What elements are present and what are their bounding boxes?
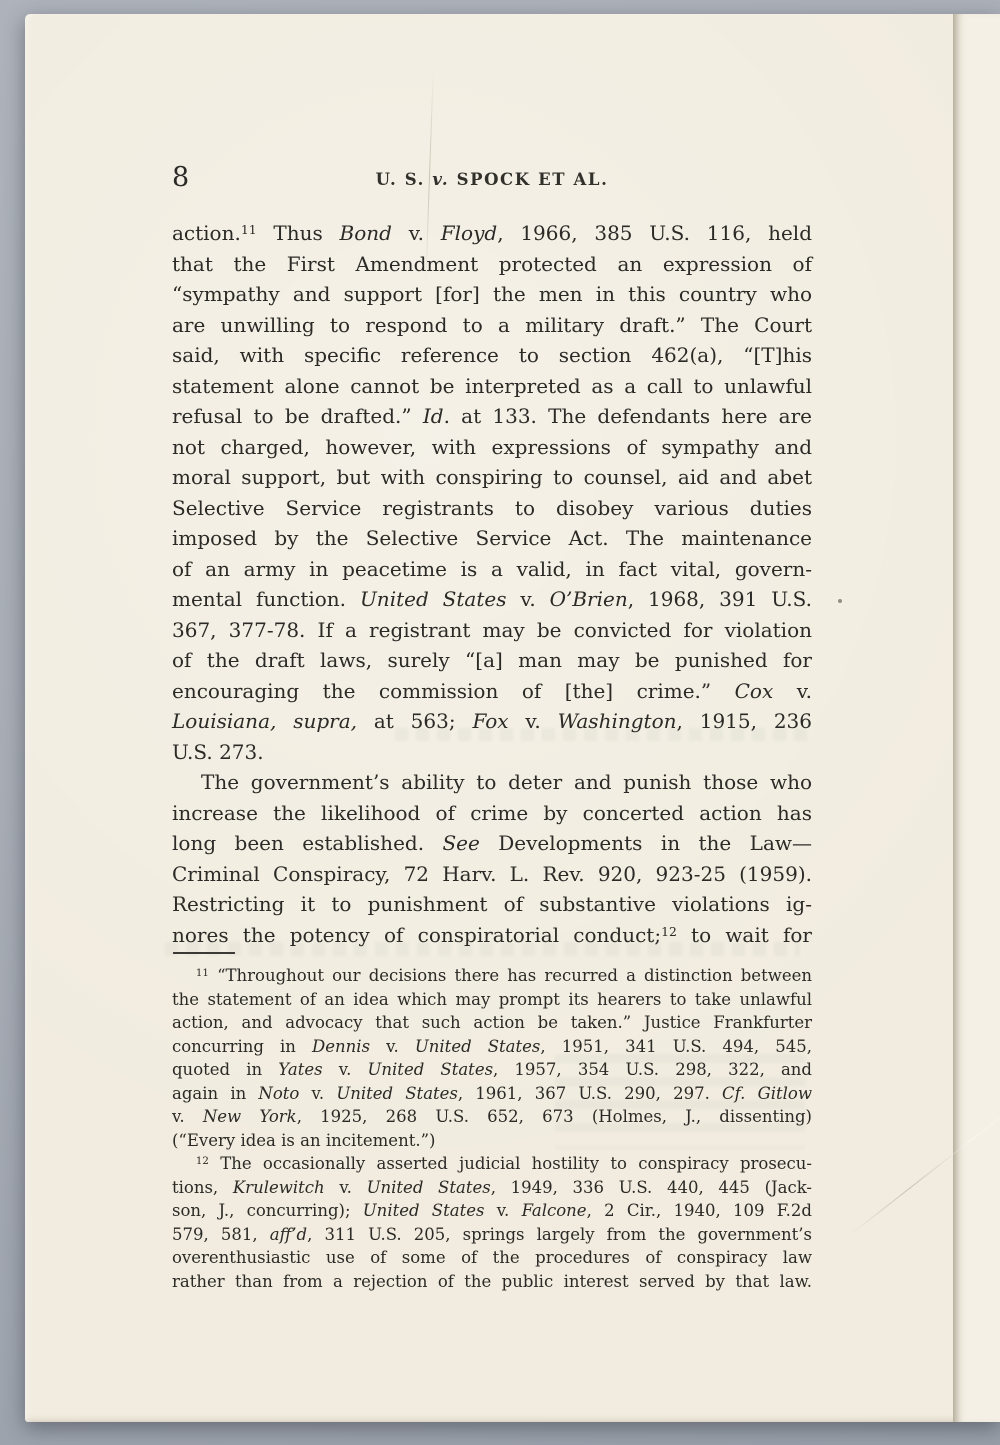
text-segment: , 1968, 391 U.S. — [628, 587, 812, 611]
text-segment: The occasionally asserted judicial hosti… — [209, 1154, 812, 1173]
text-segment: v. — [484, 1201, 521, 1220]
text-segment: increase the likelihood of crime by conc… — [172, 801, 812, 825]
text-line: (“Every idea is an incitement.”) — [172, 1129, 812, 1153]
text-segment: nores the potency of conspiratorial cond… — [172, 923, 661, 947]
paragraph: action.11 Thus Bond v. Floyd, 1966, 385 … — [172, 218, 812, 767]
text-line: action, and advocacy that such action be… — [172, 1011, 812, 1035]
text-segment: son, J., concurring); — [172, 1201, 363, 1220]
text-segment: O’Brien — [550, 587, 628, 611]
text-segment: U.S. 273. — [172, 740, 264, 764]
text-segment: United States — [367, 1178, 491, 1197]
ink-speck — [838, 599, 842, 603]
text-line: Criminal Conspiracy, 72 Harv. L. Rev. 92… — [172, 859, 812, 890]
text-segment: Louisiana, supra, — [172, 709, 357, 733]
text-segment: “sympathy and support [for] the men in t… — [172, 282, 812, 306]
text-segment: United States — [360, 587, 507, 611]
text-line: concurring in Dennis v. United States, 1… — [172, 1035, 812, 1059]
text-segment: , 2 Cir., 1940, 109 F.2d — [587, 1201, 812, 1220]
text-segment: SPOCK ET AL. — [449, 170, 608, 189]
text-line: “sympathy and support [for] the men in t… — [172, 279, 812, 310]
text-segment: , 1951, 341 U.S. 494, 545, — [540, 1037, 812, 1056]
text-segment: the statement of an idea which may promp… — [172, 990, 812, 1009]
page-header: 8 U. S. v. SPOCK ET AL. — [172, 162, 812, 204]
text-segment: Developments in the Law— — [480, 831, 812, 855]
text-segment: rather than from a rejection of the publ… — [172, 1272, 812, 1291]
text-segment: are unwilling to respond to a military d… — [172, 313, 812, 337]
text-segment: of an army in peacetime is a valid, in f… — [172, 557, 812, 581]
text-segment: Criminal Conspiracy, 72 Harv. L. Rev. 92… — [172, 862, 812, 886]
text-segment: Floyd — [441, 221, 497, 245]
text-segment: (“Every idea is an incitement.”) — [172, 1131, 435, 1150]
text-segment: that the First Amendment protected an ex… — [172, 252, 812, 276]
text-segment: United States — [336, 1084, 458, 1103]
text-line: tions, Krulewitch v. United States, 1949… — [172, 1176, 812, 1200]
text-segment: See — [442, 831, 479, 855]
text-line: mental function. United States v. O’Brie… — [172, 584, 812, 615]
text-line: The government’s ability to deter and pu… — [172, 767, 812, 798]
text-segment: Bond — [340, 221, 392, 245]
text-line: that the First Amendment protected an ex… — [172, 249, 812, 280]
text-segment: Falcone — [522, 1201, 587, 1220]
text-segment: United States — [415, 1037, 541, 1056]
footnote-marker: 12 — [196, 1156, 209, 1167]
text-segment: again in — [172, 1084, 258, 1103]
footnote-11: 11 “Throughout our decisions there has r… — [172, 964, 812, 1152]
text-segment: Selective Service registrants to disobey… — [172, 496, 812, 520]
text-segment: , 311 U.S. 205, springs largely from the… — [307, 1225, 812, 1244]
text-segment: not charged, however, with expressions o… — [172, 435, 812, 459]
footnote-marker: 11 — [241, 222, 257, 237]
footnote-12: 12 The occasionally asserted judicial ho… — [172, 1152, 812, 1293]
text-segment: , 1925, 268 U.S. 652, 673 (Holmes, J., d… — [297, 1107, 812, 1126]
text-line: v. New York, 1925, 268 U.S. 652, 673 (Ho… — [172, 1105, 812, 1129]
text-segment: long been established. — [172, 831, 442, 855]
text-segment: Restricting it to punishment of substant… — [172, 892, 812, 916]
running-header: U. S. v. SPOCK ET AL. — [172, 170, 812, 189]
text-segment: , 1966, 385 U.S. 116, held — [497, 221, 812, 245]
text-segment: imposed by the Selective Service Act. Th… — [172, 526, 812, 550]
text-segment: United States — [363, 1201, 485, 1220]
text-segment: refusal to be drafted.” — [172, 404, 423, 428]
text-segment: v. — [773, 679, 812, 703]
text-segment: v. — [509, 709, 558, 733]
text-line: Louisiana, supra, at 563; Fox v. Washing… — [172, 706, 812, 737]
text-segment: v. — [432, 170, 449, 189]
footnotes: 11 “Throughout our decisions there has r… — [172, 964, 812, 1293]
text-segment: 579, 581, — [172, 1225, 270, 1244]
text-line: long been established. See Developments … — [172, 828, 812, 859]
text-line: 11 “Throughout our decisions there has r… — [172, 964, 812, 988]
text-segment: Cox — [735, 679, 774, 703]
text-segment: statement alone cannot be interpreted as… — [172, 374, 812, 398]
text-segment: v. — [323, 1060, 368, 1079]
text-segment: New York — [203, 1107, 297, 1126]
text-segment: action. — [172, 221, 241, 245]
text-segment: 367, 377-78. If a registrant may be conv… — [172, 618, 812, 642]
text-line: 579, 581, aff’d, 311 U.S. 205, springs l… — [172, 1223, 812, 1247]
text-segment: v. — [172, 1107, 203, 1126]
text-line: rather than from a rejection of the publ… — [172, 1270, 812, 1294]
text-segment: v. — [325, 1178, 367, 1197]
text-segment: v. — [392, 221, 441, 245]
text-line: quoted in Yates v. United States, 1957, … — [172, 1058, 812, 1082]
text-segment: overenthusiastic use of some of the proc… — [172, 1248, 812, 1267]
text-segment: mental function. — [172, 587, 360, 611]
text-segment: Washington — [558, 709, 677, 733]
text-line: Selective Service registrants to disobey… — [172, 493, 812, 524]
text-line: refusal to be drafted.” Id. at 133. The … — [172, 401, 812, 432]
footnote-marker: 11 — [196, 968, 209, 979]
text-line: action.11 Thus Bond v. Floyd, 1966, 385 … — [172, 218, 812, 249]
text-segment: moral support, but with conspiring to co… — [172, 465, 812, 489]
text-segment: Thus — [257, 221, 340, 245]
text-segment: , 1961, 367 U.S. 290, 297. — [458, 1084, 722, 1103]
text-line: encouraging the commission of [the] crim… — [172, 676, 812, 707]
text-line: son, J., concurring); United States v. F… — [172, 1199, 812, 1223]
text-segment: , 1949, 336 U.S. 440, 445 (Jack- — [491, 1178, 812, 1197]
footnote-marker: 12 — [661, 923, 677, 938]
text-segment: Cf. Gitlow — [722, 1084, 812, 1103]
scanned-document: { "colors": { "paper": "#f1ecdf", "paper… — [0, 0, 1000, 1445]
text-segment: of the draft laws, surely “[a] man may b… — [172, 648, 812, 672]
paragraph: The government’s ability to deter and pu… — [172, 767, 812, 950]
text-segment: Id — [423, 404, 444, 428]
text-segment: said, with specific reference to section… — [172, 343, 812, 367]
text-segment: . at 133. The defendants here are — [444, 404, 812, 428]
text-line: 367, 377-78. If a registrant may be conv… — [172, 615, 812, 646]
text-segment: tions, — [172, 1178, 233, 1197]
text-line: increase the likelihood of crime by conc… — [172, 798, 812, 829]
text-segment: Yates — [278, 1060, 322, 1079]
text-segment: Krulewitch — [233, 1178, 325, 1197]
body-text: action.11 Thus Bond v. Floyd, 1966, 385 … — [172, 218, 812, 950]
text-line: are unwilling to respond to a military d… — [172, 310, 812, 341]
text-segment: , 1915, 236 — [677, 709, 813, 733]
footnote-separator — [173, 952, 235, 954]
text-segment: concurring in — [172, 1037, 312, 1056]
text-line: imposed by the Selective Service Act. Th… — [172, 523, 812, 554]
text-line: the statement of an idea which may promp… — [172, 988, 812, 1012]
document-page: 8 U. S. v. SPOCK ET AL. action.11 Thus B… — [25, 14, 1000, 1422]
text-segment: v. — [506, 587, 549, 611]
text-segment: United States — [368, 1060, 494, 1079]
text-segment: v. — [299, 1084, 336, 1103]
text-line: of an army in peacetime is a valid, in f… — [172, 554, 812, 585]
text-segment: action, and advocacy that such action be… — [172, 1013, 812, 1032]
text-line: overenthusiastic use of some of the proc… — [172, 1246, 812, 1270]
text-segment: to wait for — [677, 923, 812, 947]
text-segment: Dennis — [312, 1037, 370, 1056]
text-line: said, with specific reference to section… — [172, 340, 812, 371]
text-line: 12 The occasionally asserted judicial ho… — [172, 1152, 812, 1176]
text-line: not charged, however, with expressions o… — [172, 432, 812, 463]
text-line: Restricting it to punishment of substant… — [172, 889, 812, 920]
text-segment: U. S. — [376, 170, 433, 189]
text-segment: encouraging the commission of [the] crim… — [172, 679, 735, 703]
text-segment: Noto — [258, 1084, 299, 1103]
text-segment: quoted in — [172, 1060, 278, 1079]
text-line: U.S. 273. — [172, 737, 812, 768]
text-segment: The government’s ability to deter and pu… — [201, 770, 812, 794]
text-segment: v. — [370, 1037, 415, 1056]
text-segment: Fox — [472, 709, 508, 733]
text-line: of the draft laws, surely “[a] man may b… — [172, 645, 812, 676]
text-line: moral support, but with conspiring to co… — [172, 462, 812, 493]
text-segment: “Throughout our decisions there has recu… — [209, 966, 812, 985]
text-segment: aff’d — [270, 1225, 307, 1244]
text-segment: at 563; — [357, 709, 472, 733]
text-line: statement alone cannot be interpreted as… — [172, 371, 812, 402]
text-line: again in Noto v. United States, 1961, 36… — [172, 1082, 812, 1106]
text-line: nores the potency of conspiratorial cond… — [172, 920, 812, 951]
text-segment: , 1957, 354 U.S. 298, 322, and — [493, 1060, 812, 1079]
page-fold — [953, 14, 1000, 1422]
